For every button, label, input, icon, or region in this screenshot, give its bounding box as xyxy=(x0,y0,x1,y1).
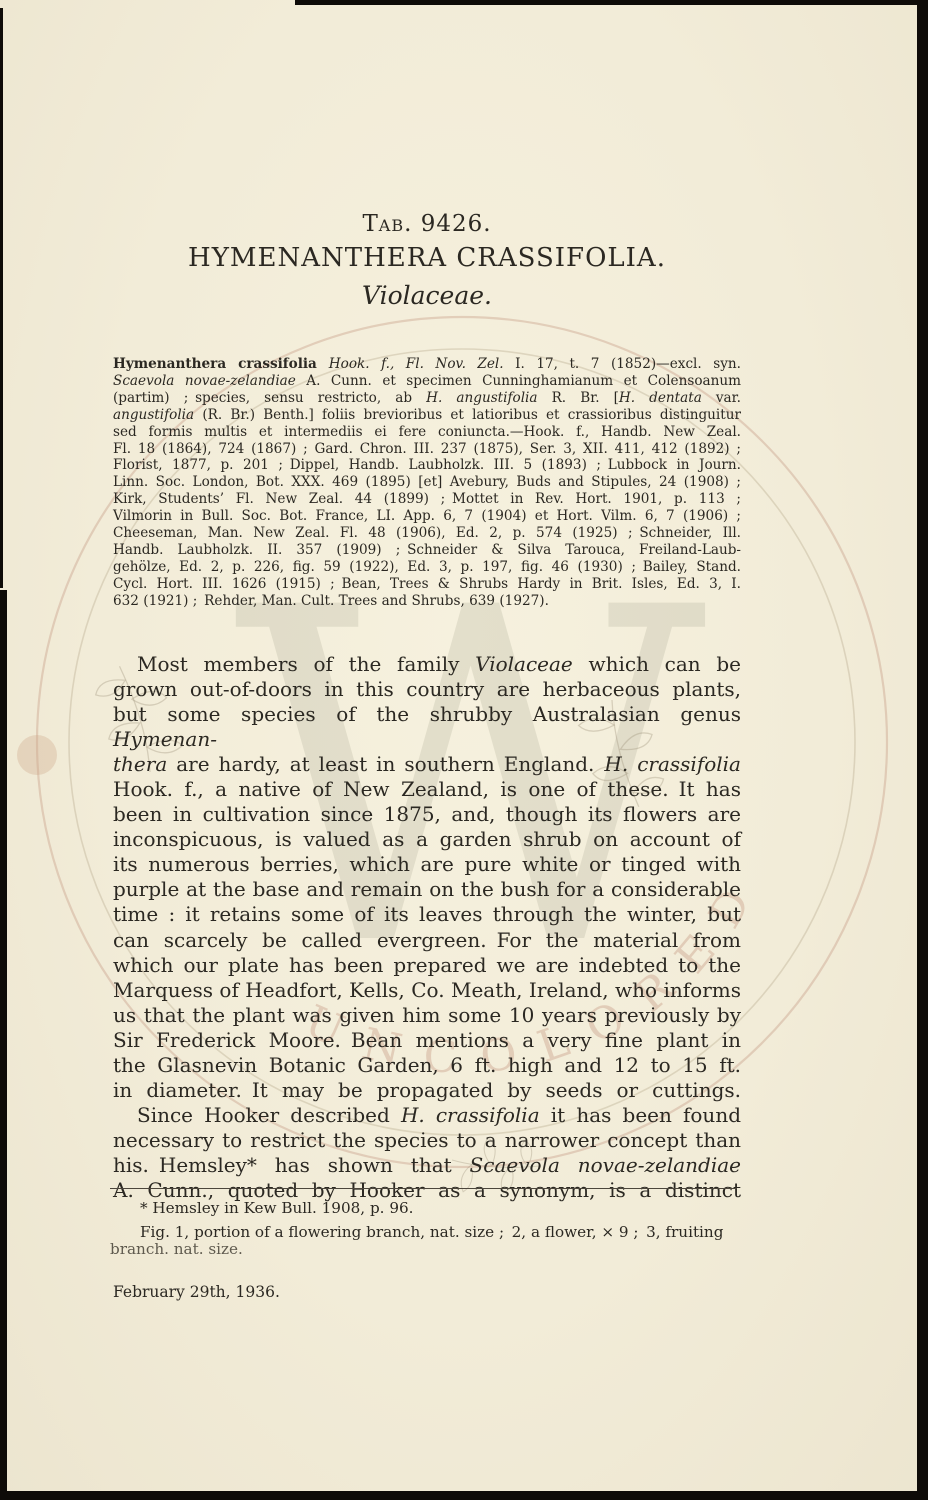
page-text-layer: Tab. 9426. HYMENANTHERA CRASSIFOLIA. Vio… xyxy=(0,0,928,1500)
body-line: Hook. f., a native of New Zealand, is on… xyxy=(113,777,741,802)
tab-number: Tab. 9426. xyxy=(113,211,741,237)
figure-caption: Fig. 1, portion of a flowering branch, n… xyxy=(110,1224,750,1258)
body-line: which our plate has been prepared we are… xyxy=(113,953,741,978)
body-line: Since Hooker described H. crassifolia it… xyxy=(113,1103,741,1128)
page-title: HYMENANTHERA CRASSIFOLIA. xyxy=(113,243,741,273)
body-line: Marquess of Headfort, Kells, Co. Meath, … xyxy=(113,978,741,1003)
body-line: inconspicuous, is valued as a garden shr… xyxy=(113,827,741,852)
body-line: been in cultivation since 1875, and, tho… xyxy=(113,802,741,827)
scan-edge-top xyxy=(295,0,928,5)
body-text: Most members of the family Violaceae whi… xyxy=(113,652,741,1203)
citation-line: (partim) ; species, sensu restricto, ab … xyxy=(113,390,741,407)
scanned-book-page: W UNCOLORED Tab. 9426. HYMENANTHERA CRAS… xyxy=(0,0,928,1500)
scan-edge-left xyxy=(0,590,7,1500)
citation-line: 632 (1921) ; Rehder, Man. Cult. Trees an… xyxy=(113,593,741,610)
citation-line: Kirk, Students’ Fl. New Zeal. 44 (1899) … xyxy=(113,491,741,508)
citation-line: Vilmorin in Bull. Soc. Bot. France, LI. … xyxy=(113,508,741,525)
footnote-hemsley: * Hemsley in Kew Bull. 1908, p. 96. xyxy=(110,1200,780,1217)
citation-line: Fl. 18 (1864), 724 (1867) ; Gard. Chron.… xyxy=(113,441,741,458)
body-line: necessary to restrict the species to a n… xyxy=(113,1128,741,1153)
body-line: can scarcely be called evergreen. For th… xyxy=(113,928,741,953)
citation-line: gehölze, Ed. 2, p. 226, fig. 59 (1922), … xyxy=(113,559,741,576)
body-line: but some species of the shrubby Australa… xyxy=(113,702,741,752)
scan-edge-right xyxy=(917,0,928,1500)
citation-line: Cycl. Hort. III. 1626 (1915) ; Bean, Tre… xyxy=(113,576,741,593)
footnote-rule xyxy=(110,1188,737,1189)
body-line: the Glasnevin Botanic Garden, 6 ft. high… xyxy=(113,1053,741,1078)
citation-line: Florist, 1877, p. 201 ; Dippel, Handb. L… xyxy=(113,457,741,474)
body-line: Sir Frederick Moore. Bean mentions a ver… xyxy=(113,1028,741,1053)
citation-line: Cheeseman, Man. New Zeal. Fl. 48 (1906),… xyxy=(113,525,741,542)
citation-line: sed formis multis et intermediis ei fere… xyxy=(113,424,741,441)
body-line: grown out-of-doors in this country are h… xyxy=(113,677,741,702)
body-line: purple at the base and remain on the bus… xyxy=(113,877,741,902)
family-name: Violaceae. xyxy=(113,281,741,310)
body-line: in diameter. It may be propagated by see… xyxy=(113,1078,741,1103)
citation-line: angustifolia (R. Br.) Benth.] foliis bre… xyxy=(113,407,741,424)
citation-line: Scaevola novae-zelandiae A. Cunn. et spe… xyxy=(113,373,741,390)
body-line: us that the plant was given him some 10 … xyxy=(113,1003,741,1028)
figure-caption-line: Fig. 1, portion of a flowering branch, n… xyxy=(110,1224,750,1241)
citation-line: Handb. Laubholzk. II. 357 (1909) ; Schne… xyxy=(113,542,741,559)
figure-caption-line: branch. nat. size. xyxy=(110,1241,750,1258)
body-line: his. Hemsley* has shown that Scaevola no… xyxy=(113,1153,741,1178)
publication-date: February 29th, 1936. xyxy=(113,1283,280,1301)
scan-edge-bottom xyxy=(0,1491,928,1500)
body-line: its numerous berries, which are pure whi… xyxy=(113,852,741,877)
body-line: Most members of the family Violaceae whi… xyxy=(113,652,741,677)
citation-line: Linn. Soc. London, Bot. XXX. 469 (1895) … xyxy=(113,474,741,491)
body-line: thera are hardy, at least in southern En… xyxy=(113,752,741,777)
scan-edge-left-sliver xyxy=(0,8,3,588)
body-line: time : it retains some of its leaves thr… xyxy=(113,902,741,927)
citation-line: Hymenanthera crassifolia Hook. f., Fl. N… xyxy=(113,356,741,373)
citation-block: Hymenanthera crassifolia Hook. f., Fl. N… xyxy=(113,356,741,610)
